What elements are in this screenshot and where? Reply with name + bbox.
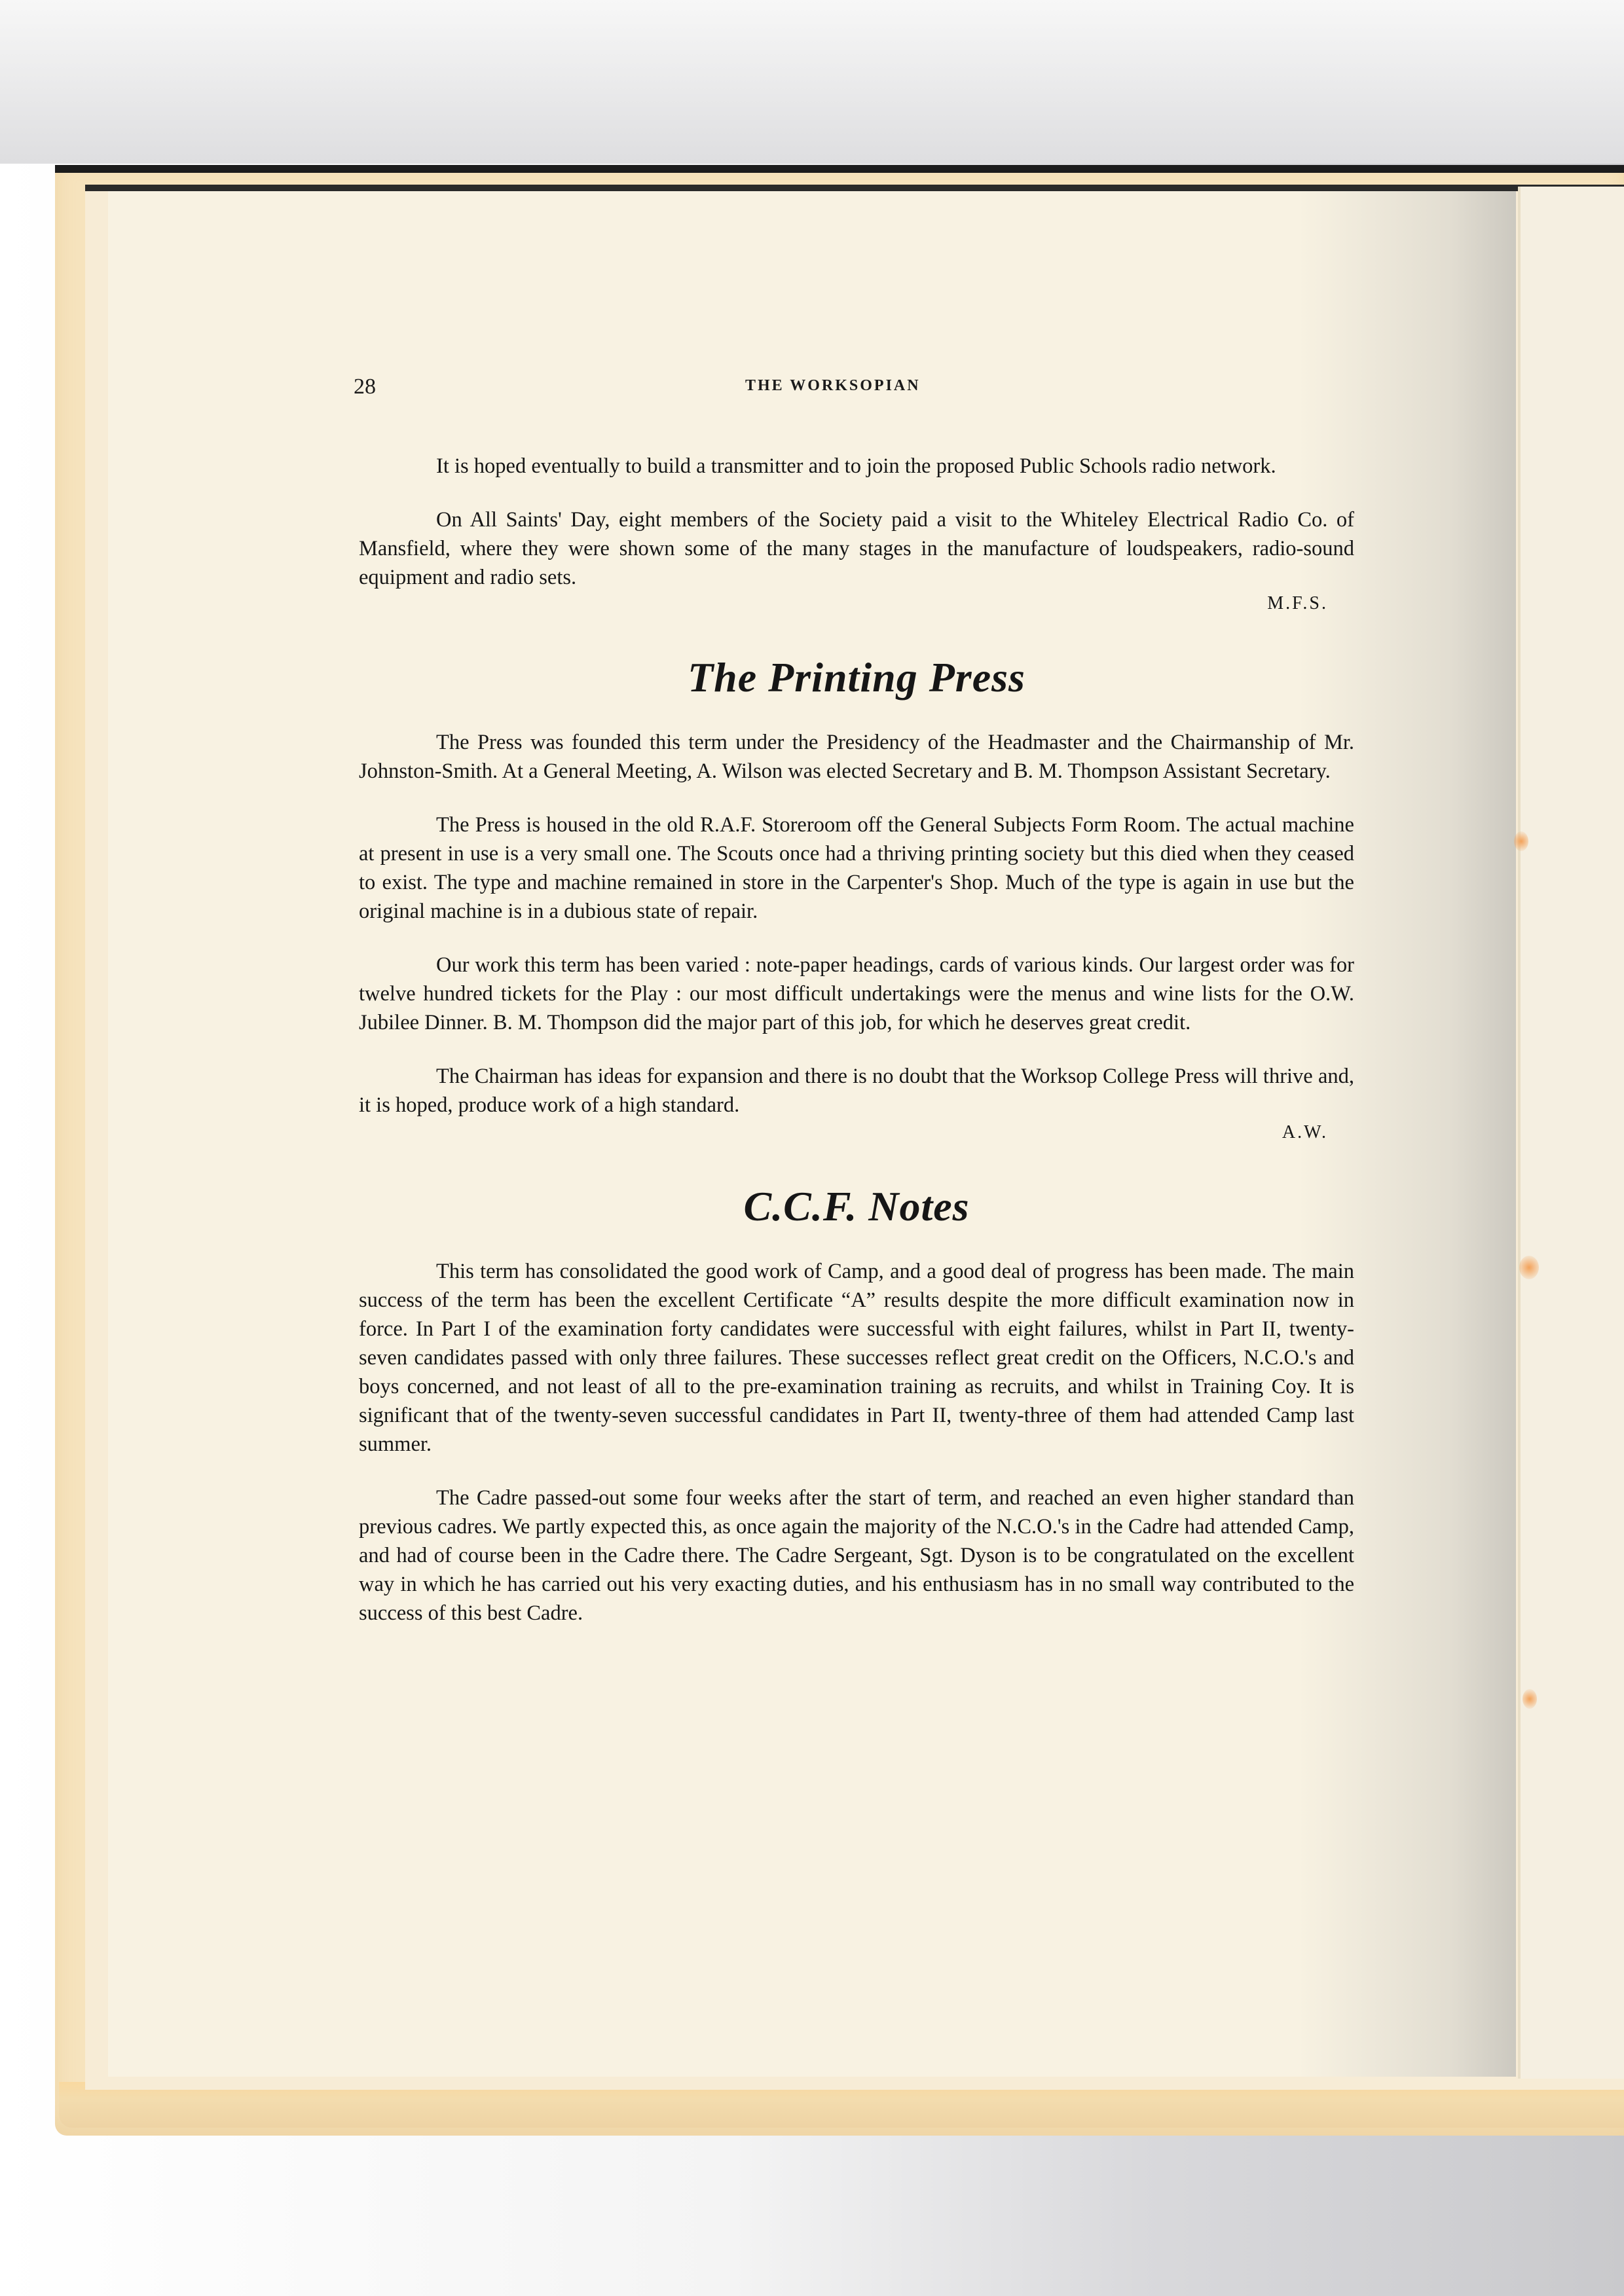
running-head: THE WORKSOPIAN bbox=[745, 377, 921, 395]
paragraph: Our work this term has been varied : not… bbox=[359, 951, 1354, 1037]
section-heading-printing-press: The Printing Press bbox=[359, 653, 1354, 702]
paragraph: The Chairman has ideas for expansion and… bbox=[359, 1062, 1354, 1120]
paragraph: This term has consolidated the good work… bbox=[359, 1257, 1354, 1459]
foxing-stain bbox=[1522, 1689, 1537, 1709]
author-initials: M.F.S. bbox=[359, 593, 1328, 614]
foxing-stain bbox=[1519, 1256, 1539, 1279]
paragraph: It is hoped eventually to build a transm… bbox=[359, 452, 1354, 481]
author-initials: A.W. bbox=[359, 1122, 1328, 1143]
scanner-background-top bbox=[0, 0, 1624, 164]
page-number: 28 bbox=[354, 374, 376, 399]
section-heading-ccf-notes: C.C.F. Notes bbox=[359, 1182, 1354, 1231]
paragraph: The Cadre passed-out some four weeks aft… bbox=[359, 1484, 1354, 1628]
paragraph: The Press was founded this term under th… bbox=[359, 728, 1354, 786]
article-body: It is hoped eventually to build a transm… bbox=[359, 452, 1354, 1652]
foxing-stain bbox=[1514, 831, 1528, 851]
facing-page-edge bbox=[1518, 187, 1624, 2079]
page-header: 28 THE WORKSOPIAN bbox=[354, 374, 1349, 401]
paragraph: On All Saints' Day, eight members of the… bbox=[359, 505, 1354, 592]
paragraph: The Press is housed in the old R.A.F. St… bbox=[359, 811, 1354, 926]
